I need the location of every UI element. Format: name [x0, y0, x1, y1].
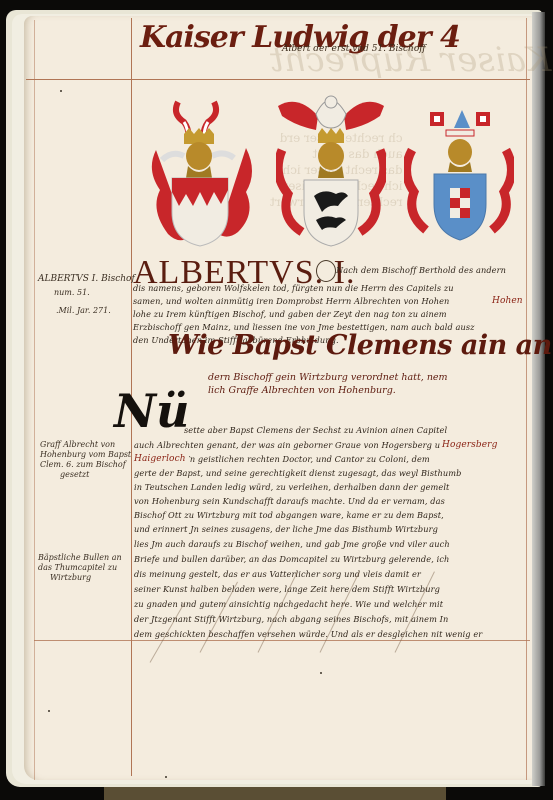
text-line: Nach dem Bischoff Berthold des andern [336, 265, 506, 275]
red-word: Haigerloch [134, 454, 189, 464]
text-line: dis namens, geboren Wolfskelen tod, fürg… [133, 283, 454, 293]
text-line: Briefe und bullen darüber, an das Domcap… [134, 554, 449, 564]
text-line: lohe zu Irem künftigen Bischof, und gabe… [133, 309, 447, 319]
coat-of-arms-right-icon [404, 108, 514, 248]
coat-of-arms-left-icon [148, 100, 258, 248]
text-line: samen, und wolten ainmütig iren Domprobs… [133, 296, 449, 306]
section-subheading: lich Graffe Albrechten von Hohenburg. [208, 385, 396, 396]
margin-rule-outer [34, 20, 35, 780]
text-line: gerte der Bapst, und seine gerechtigkeit… [134, 468, 462, 478]
red-word: Hogersberg [440, 440, 499, 450]
ink-spot [48, 710, 50, 712]
margin-note: .Mil. Jar. 271. [56, 306, 111, 316]
text-line: sette aber Bapst Clemens der Sechst zu A… [184, 425, 447, 435]
section-subheading: dern Bischoff gein Wirtzburg verordnet h… [208, 372, 448, 383]
text-line: auch Albrechten genant, der was ain gebo… [134, 440, 451, 450]
margin-note: Bäpstliche Bullen an das Thumcapitel zu … [38, 553, 122, 583]
decorated-initial: Nü [114, 388, 190, 434]
binding-shadow [532, 12, 545, 786]
bottom-rule [34, 640, 530, 641]
text-line: dis meinung gestelt, das er aus Vatterli… [134, 569, 421, 579]
text-line: Bischof Ott zu Wirtzburg mit tod abgange… [134, 510, 444, 520]
initial-flourish-icon [316, 260, 336, 282]
margin-rule-right [526, 18, 527, 780]
margin-note: Graff Albrecht von Hohenburg vom Bapst C… [40, 440, 131, 480]
text-line: der Jtzgenant Stifft Wirtzburg, nach abg… [134, 614, 448, 624]
ink-spot [165, 776, 167, 778]
coat-of-arms-center-icon [276, 92, 386, 248]
text-line: und erinnert Jn seines zusagens, der lic… [134, 524, 438, 534]
ink-spot [320, 672, 322, 674]
margin-note: num. 51. [54, 288, 90, 298]
margin-note: ALBERTVS I. Bischof [38, 274, 135, 284]
ink-spot [60, 90, 62, 92]
section-heading-clemens: Wie Bapst Clemens ain an [168, 330, 552, 361]
text-line: dem geschickten beschaffen versehen würd… [134, 629, 482, 639]
red-word: Hohen [492, 296, 523, 306]
text-line: von Hohenburg sein Kundschafft daraufs m… [134, 496, 445, 506]
text-line: lies Jm auch daraufs zu Bischof weihen, … [134, 539, 450, 549]
text-line: in Teutschen Landen ledig würd, zu verle… [134, 482, 449, 492]
page-subtitle: Albert der erst vnd 51. Bischoff [282, 44, 426, 54]
